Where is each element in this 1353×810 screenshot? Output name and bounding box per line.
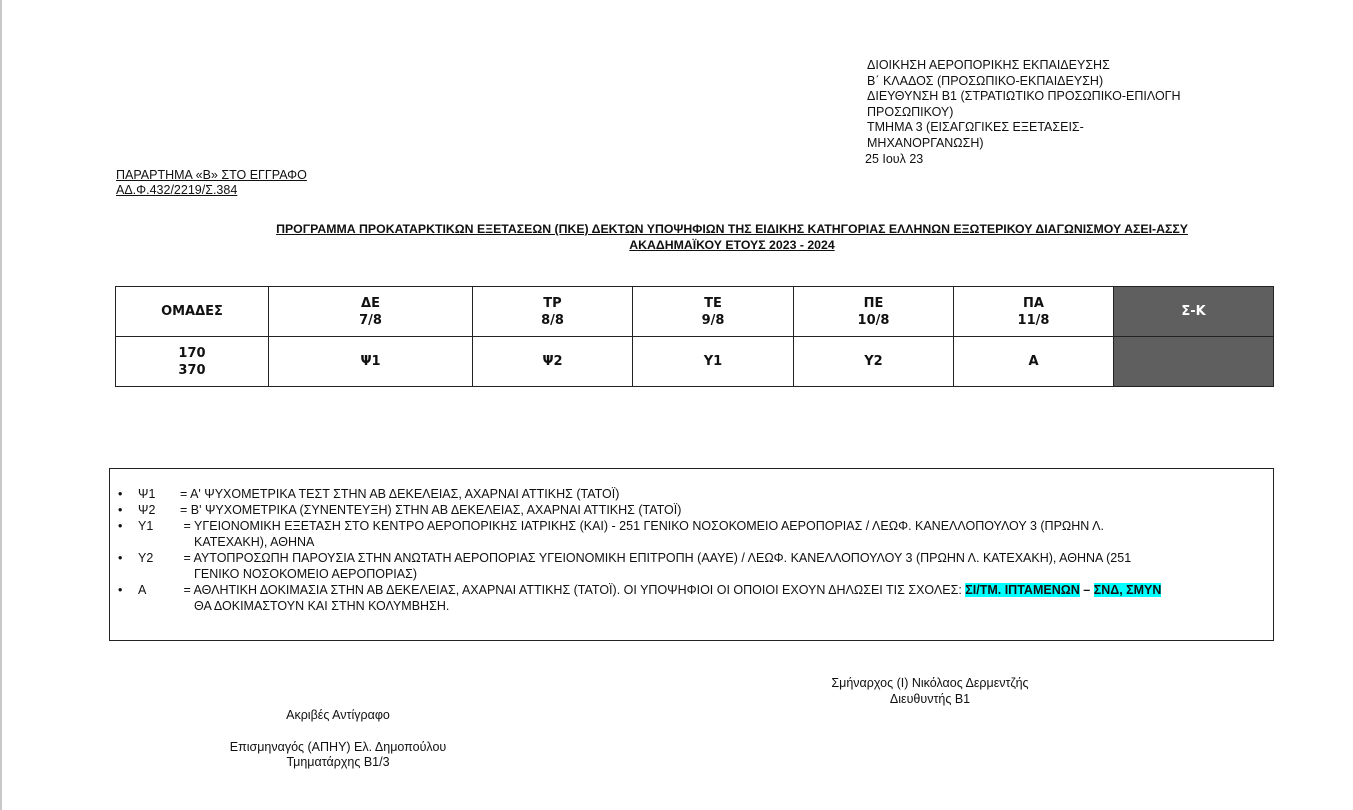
- authority-line: ΤΜΗΜΑ 3 (ΕΙΣΑΓΩΓΙΚΕΣ ΕΞΕΤΑΣΕΙΣ-: [867, 120, 1247, 136]
- certified-copy-label: Ακριβές Αντίγραφο: [202, 708, 474, 724]
- day-header-cell: ΤΡ8/8: [473, 287, 633, 337]
- day-header-cell: ΤΕ9/8: [633, 287, 794, 337]
- legend-description-continued: ΘΑ ΔΟΚΙΜΑΣΤΟΥΝ ΚΑΙ ΣΤΗΝ ΚΟΛΥΜΒΗΣΗ.: [138, 598, 1278, 614]
- authority-line: ΔΙΟΙΚΗΣΗ ΑΕΡΟΠΟΡΙΚΗΣ ΕΚΠΑΙΔΕΥΣΗΣ: [867, 58, 1247, 74]
- day-date: 10/8: [794, 312, 953, 329]
- legend-description-continued: ΓΕΝΙΚΟ ΝΟΣΟΚΟΜΕΙΟ ΑΕΡΟΠΟΡΙΑΣ): [138, 566, 1278, 582]
- legend-list: • Ψ1= Α' ΨΥΧΟΜΕΤΡΙΚΑ ΤΕΣΤ ΣΤΗΝ ΑΒ ΔΕΚΕΛΕ…: [116, 486, 1278, 614]
- day-header-cell: ΠΕ10/8: [794, 287, 954, 337]
- authority-line: ΔΙΕΥΘΥΝΣΗ Β1 (ΣΤΡΑΤΙΩΤΙΚΟ ΠΡΟΣΩΠΙΚΟ-ΕΠΙΛ…: [867, 89, 1247, 105]
- authority-line: ΜΗΧΑΝΟΡΓΑΝΩΣΗ): [867, 136, 1247, 152]
- bullet-icon: •: [118, 518, 122, 534]
- director-name: Σμήναρχος (Ι) Νικόλαος Δερμεντζής: [782, 676, 1078, 692]
- authority-line: Β΄ ΚΛΑΔΟΣ (ΠΡΟΣΩΠΙΚΟ-ΕΚΠΑΙΔΕΥΣΗ): [867, 74, 1247, 90]
- certified-copy-signature: Ακριβές Αντίγραφο Επισμηναγός (ΑΠΗΥ) Ελ.…: [202, 708, 474, 771]
- day-header-cell: ΔΕ7/8: [269, 287, 473, 337]
- activity-cell: Ψ1: [269, 337, 473, 387]
- legend-item: • Α = ΑΘΛΗΤΙΚΗ ΔΟΚΙΜΑΣΙΑ ΣΤΗΝ ΑΒ ΔΕΚΕΛΕΙ…: [116, 582, 1278, 614]
- bullet-icon: •: [118, 582, 122, 598]
- section-head-title: Τμηματάρχης Β1/3: [202, 755, 474, 771]
- activity-cell: Α: [954, 337, 1114, 387]
- legend-description-continued: ΚΑΤΕΧΑΚΗ), ΑΘΗΝΑ: [138, 534, 1278, 550]
- groups-cell: 170370: [116, 337, 269, 387]
- bullet-icon: •: [118, 486, 122, 502]
- day-date: 11/8: [954, 312, 1113, 329]
- annex-title: ΠΑΡΑΡΤΗΜΑ «Β» ΣΤΟ ΕΓΓΡΑΦΟ: [116, 168, 307, 183]
- legend-description: = Β' ΨΥΧΟΜΕΤΡΙΚΑ (ΣΥΝΕΝΤΕΥΞΗ) ΣΤΗΝ ΑΒ ΔΕ…: [180, 503, 681, 517]
- day-name: ΤΡ: [473, 295, 632, 312]
- legend-code: Υ2: [138, 550, 180, 566]
- weekend-header-cell: Σ-Κ: [1114, 287, 1274, 337]
- day-name: ΠΕ: [794, 295, 953, 312]
- legend-box: • Ψ1= Α' ΨΥΧΟΜΕΤΡΙΚΑ ΤΕΣΤ ΣΤΗΝ ΑΒ ΔΕΚΕΛΕ…: [109, 468, 1274, 641]
- activity-cell: Υ2: [794, 337, 954, 387]
- group-number: 170: [116, 345, 268, 362]
- dash-separator: –: [1080, 583, 1094, 597]
- legend-item: • Υ2 = ΑΥΤΟΠΡΟΣΩΠΗ ΠΑΡΟΥΣΙΑ ΣΤΗΝ ΑΝΩΤΑΤΗ…: [116, 550, 1278, 582]
- day-name: ΔΕ: [269, 295, 472, 312]
- legend-description: = ΥΓΕΙΟΝΟΜΙΚΗ ΕΞΕΤΑΣΗ ΣΤΟ ΚΕΝΤΡΟ ΑΕΡΟΠΟΡ…: [180, 519, 1104, 533]
- exam-schedule-table: ΟΜΑΔΕΣ ΔΕ7/8 ΤΡ8/8 ΤΕ9/8 ΠΕ10/8 ΠΑ11/8 Σ…: [115, 286, 1274, 387]
- day-date: 8/8: [473, 312, 632, 329]
- authority-line: ΠΡΟΣΩΠΙΚΟΥ): [867, 105, 1247, 121]
- annex-reference: ΠΑΡΑΡΤΗΜΑ «Β» ΣΤΟ ΕΓΓΡΑΦΟ ΑΔ.Φ.432/2219/…: [116, 168, 307, 198]
- activity-cell: Ψ2: [473, 337, 633, 387]
- legend-code: Α: [138, 582, 180, 598]
- group-number: 370: [116, 362, 268, 379]
- legend-item: • Ψ1= Α' ΨΥΧΟΜΕΤΡΙΚΑ ΤΕΣΤ ΣΤΗΝ ΑΒ ΔΕΚΕΛΕ…: [116, 486, 1278, 502]
- highlighted-school: ΣΝΔ, ΣΜΥΝ: [1094, 583, 1162, 597]
- groups-header-cell: ΟΜΑΔΕΣ: [116, 287, 269, 337]
- legend-code: Υ1: [138, 518, 180, 534]
- day-name: ΤΕ: [633, 295, 793, 312]
- bullet-icon: •: [118, 502, 122, 518]
- legend-item: • Ψ2= Β' ΨΥΧΟΜΕΤΡΙΚΑ (ΣΥΝΕΝΤΕΥΞΗ) ΣΤΗΝ Α…: [116, 502, 1278, 518]
- highlighted-school: ΣΙ/ΤΜ. ΙΠΤΑΜΕΝΩΝ: [965, 583, 1080, 597]
- legend-item: • Υ1 = ΥΓΕΙΟΝΟΜΙΚΗ ΕΞΕΤΑΣΗ ΣΤΟ ΚΕΝΤΡΟ ΑΕ…: [116, 518, 1278, 550]
- day-name: ΠΑ: [954, 295, 1113, 312]
- legend-description: = Α' ΨΥΧΟΜΕΤΡΙΚΑ ΤΕΣΤ ΣΤΗΝ ΑΒ ΔΕΚΕΛΕΙΑΣ,…: [180, 487, 619, 501]
- day-date: 9/8: [633, 312, 793, 329]
- title-line-2: ΑΚΑΔΗΜΑΪΚΟΥ ΕΤΟΥΣ 2023 - 2024: [112, 237, 1352, 253]
- day-header-cell: ΠΑ11/8: [954, 287, 1114, 337]
- section-head-name: Επισμηναγός (ΑΠΗΥ) Ελ. Δημοπούλου: [202, 740, 474, 756]
- title-line-1: ΠΡΟΓΡΑΜΜΑ ΠΡΟΚΑΤΑΡΚΤΙΚΩΝ ΕΞΕΤΑΣΕΩΝ (ΠΚΕ)…: [112, 221, 1352, 237]
- director-title: Διευθυντής Β1: [782, 692, 1078, 708]
- activity-cell: Υ1: [633, 337, 794, 387]
- weekend-activity-cell: [1114, 337, 1274, 387]
- document-title: ΠΡΟΓΡΑΜΜΑ ΠΡΟΚΑΤΑΡΚΤΙΚΩΝ ΕΞΕΤΑΣΕΩΝ (ΠΚΕ)…: [112, 221, 1352, 253]
- bullet-icon: •: [118, 550, 122, 566]
- annex-document-number: ΑΔ.Φ.432/2219/Σ.384: [116, 183, 307, 198]
- day-date: 7/8: [269, 312, 472, 329]
- issuing-authority-block: ΔΙΟΙΚΗΣΗ ΑΕΡΟΠΟΡΙΚΗΣ ΕΚΠΑΙΔΕΥΣΗΣ Β΄ ΚΛΑΔ…: [867, 58, 1247, 167]
- table-header-row: ΟΜΑΔΕΣ ΔΕ7/8 ΤΡ8/8 ΤΕ9/8 ΠΕ10/8 ΠΑ11/8 Σ…: [116, 287, 1274, 337]
- document-date: 25 Ιουλ 23: [865, 152, 1247, 168]
- legend-description: = ΑΥΤΟΠΡΟΣΩΠΗ ΠΑΡΟΥΣΙΑ ΣΤΗΝ ΑΝΩΤΑΤΗ ΑΕΡΟ…: [180, 551, 1131, 565]
- legend-description: = ΑΘΛΗΤΙΚΗ ΔΟΚΙΜΑΣΙΑ ΣΤΗΝ ΑΒ ΔΕΚΕΛΕΙΑΣ, …: [180, 583, 965, 597]
- table-row: 170370 Ψ1 Ψ2 Υ1 Υ2 Α: [116, 337, 1274, 387]
- legend-code: Ψ2: [138, 502, 180, 518]
- legend-code: Ψ1: [138, 486, 180, 502]
- director-signature: Σμήναρχος (Ι) Νικόλαος Δερμεντζής Διευθυ…: [782, 676, 1078, 707]
